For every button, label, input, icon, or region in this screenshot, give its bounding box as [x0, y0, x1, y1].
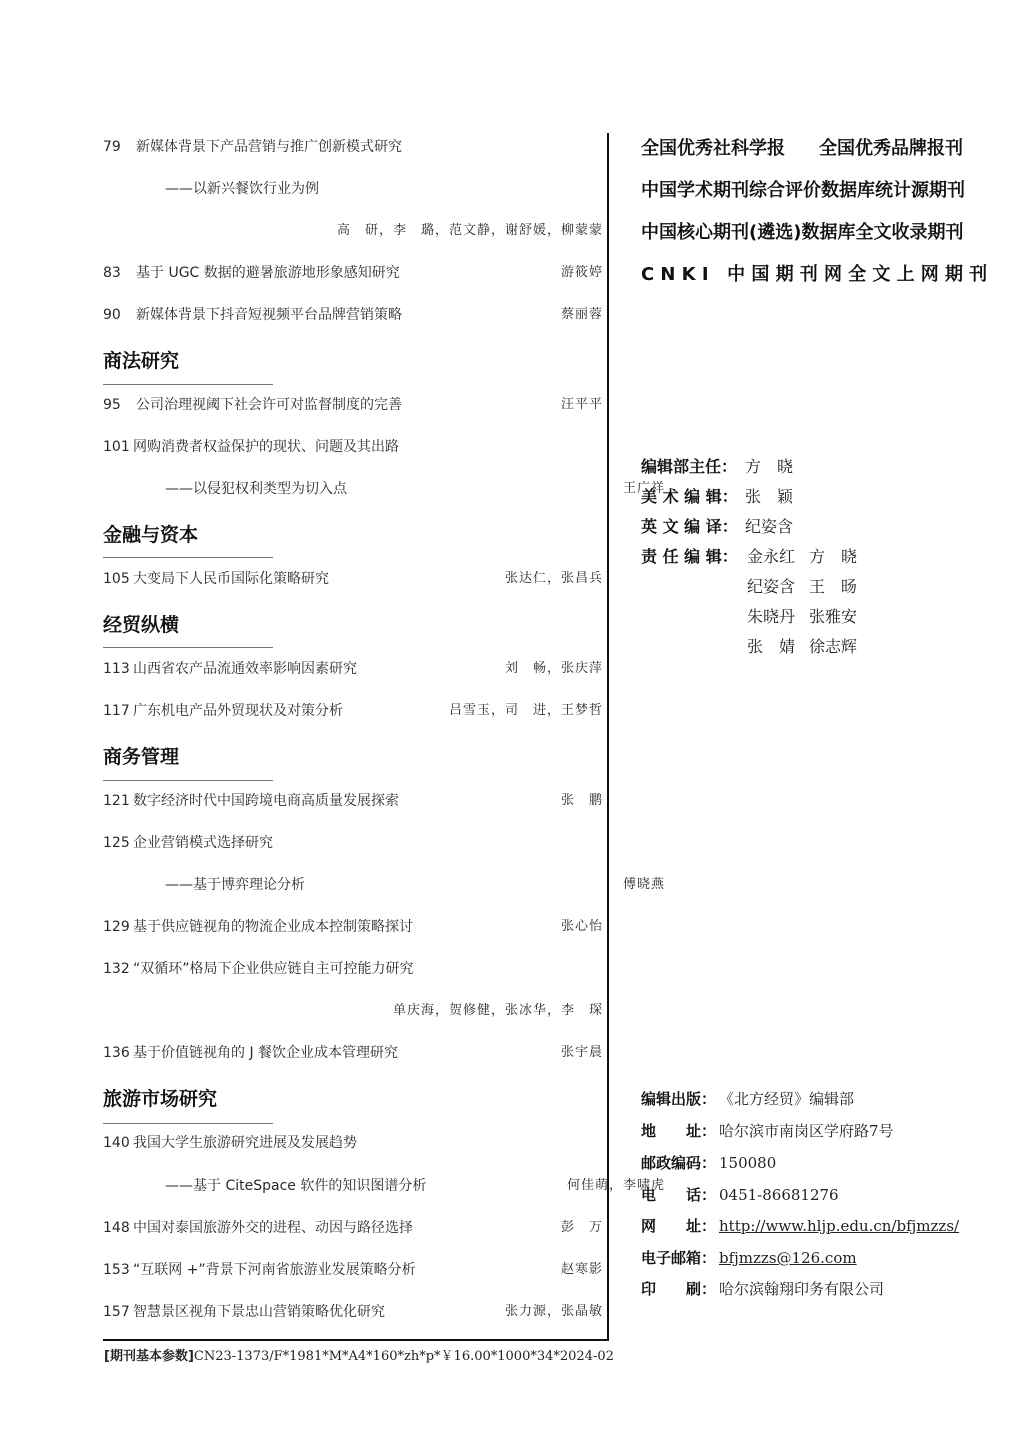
email-row: 电子邮箱：bfjmzzs@126.com: [641, 1246, 857, 1270]
editor-name: 方 晓: [809, 545, 871, 569]
toc-entry[interactable]: 79新媒体背景下产品营销与推广创新模式研究: [103, 135, 603, 159]
page-number: 153: [103, 1258, 133, 1282]
section-divider: [103, 647, 273, 648]
article-title: 我国大学生旅游研究进展及发展趋势: [133, 1131, 357, 1155]
section-heading-trade: 经贸纵横: [103, 612, 179, 638]
printer-value: 哈尔滨翰翔印务有限公司: [719, 1277, 884, 1301]
address-value: 哈尔滨市南岗区学府路7号: [719, 1119, 894, 1143]
toc-entry[interactable]: 95公司治理视阈下社会许可对监督制度的完善 汪平平: [103, 393, 603, 417]
toc-entry[interactable]: 105大变局下人民币国际化策略研究 张达仁，张昌兵: [103, 567, 603, 591]
toc-entry-authors: 单庆海，贺修健，张冰华，李 琛: [103, 999, 603, 1023]
website-row: 网 址：http://www.hljp.edu.cn/bfjmzzs/: [641, 1214, 959, 1238]
article-title: 数字经济时代中国跨境电商高质量发展探索: [133, 789, 399, 813]
staff-value: 纪姿含: [745, 515, 793, 539]
toc-entry[interactable]: 125企业营销模式选择研究: [103, 831, 603, 855]
toc-entry[interactable]: 90新媒体背景下抖音短视频平台品牌营销策略 蔡丽蓉: [103, 303, 603, 327]
toc-entry[interactable]: 83基于 UGC 数据的避暑旅游地形象感知研究 游筱婷: [103, 261, 603, 285]
article-title: 中国对泰国旅游外交的进程、动因与路径选择: [133, 1216, 413, 1240]
article-title: 基于供应链视角的物流企业成本控制策略探讨: [133, 915, 413, 939]
printer-label: 印 刷：: [641, 1277, 719, 1301]
article-authors: 刘 畅，张庆萍: [505, 657, 603, 681]
article-authors: 张宇晨: [561, 1041, 603, 1065]
column-divider: [607, 133, 609, 1341]
article-authors: 蔡丽蓉: [561, 303, 603, 327]
section-divider: [103, 780, 273, 781]
toc-entry[interactable]: 117广东机电产品外贸现状及对策分析 吕雪玉，司 进，王梦哲: [103, 699, 603, 723]
journal-parameters: [期刊基本参数]CN23-1373/F*1981*M*A4*160*zh*p*￥…: [104, 1347, 614, 1367]
page-number: 105: [103, 567, 133, 591]
editor-name: 张 婧: [747, 635, 809, 659]
section-heading-tourism-market: 旅游市场研究: [103, 1086, 217, 1112]
page-number: 117: [103, 699, 133, 723]
article-title: 山西省农产品流通效率影响因素研究: [133, 657, 357, 681]
postcode-row: 邮政编码：150080: [641, 1151, 776, 1175]
page-number: 83: [103, 261, 136, 285]
toc-entry[interactable]: 140我国大学生旅游研究进展及发展趋势: [103, 1131, 603, 1155]
article-title: “互联网 +”背景下河南省旅游业发展策略分析: [133, 1258, 416, 1282]
page-number: 148: [103, 1216, 133, 1240]
article-title: 广东机电产品外贸现状及对策分析: [133, 699, 343, 723]
email-link[interactable]: bfjmzzs@126.com: [719, 1246, 857, 1270]
staff-editors: 责 任 编 辑：: [641, 545, 745, 569]
section-heading-business-management: 商务管理: [103, 744, 179, 770]
phone-value: 0451-86681276: [719, 1183, 839, 1207]
article-authors: 单庆海，贺修健，张冰华，李 琛: [393, 999, 603, 1023]
editor-name: 金永红: [747, 545, 809, 569]
article-authors: 赵寒影: [561, 1258, 603, 1282]
section-heading-commercial-law: 商法研究: [103, 348, 179, 374]
staff-value: 张 颖: [745, 485, 793, 509]
section-heading-finance-capital: 金融与资本: [103, 522, 198, 548]
honor-right: 全国优秀品牌报刊: [819, 138, 963, 159]
honor-line: 中国核心期刊(遴选)数据库全文收录期刊: [641, 220, 963, 246]
article-subtitle: ——以侵犯权利类型为切入点: [165, 477, 347, 501]
page-number: 125: [103, 831, 133, 855]
page-number: 101: [103, 435, 133, 459]
article-authors: 汪平平: [561, 393, 603, 417]
staff-label: 责 任 编 辑：: [641, 545, 745, 569]
staff-value: 方 晓: [745, 455, 793, 479]
page-number: 121: [103, 789, 133, 813]
page-number: 140: [103, 1131, 133, 1155]
address-row: 地 址：哈尔滨市南岗区学府路7号: [641, 1119, 894, 1143]
email-label: 电子邮箱：: [641, 1246, 719, 1270]
page-number: 79: [103, 135, 136, 159]
publisher-row: 编辑出版：《北方经贸》编辑部: [641, 1087, 854, 1111]
article-authors: 吕雪玉，司 进，王梦哲: [449, 699, 603, 723]
journal-parameters-value: CN23-1373/F*1981*M*A4*160*zh*p*￥16.00*10…: [194, 1349, 614, 1364]
postcode-label: 邮政编码：: [641, 1151, 719, 1175]
editor-name: 纪姿含: [747, 575, 809, 599]
article-title: “双循环”格局下企业供应链自主可控能力研究: [133, 957, 414, 981]
postcode-value: 150080: [719, 1151, 776, 1175]
staff-label: 美 术 编 辑：: [641, 485, 745, 509]
phone-label: 电 话：: [641, 1183, 719, 1207]
article-authors: 张心怡: [561, 915, 603, 939]
section-divider: [103, 384, 273, 385]
page-number: 132: [103, 957, 133, 981]
publisher-value: 《北方经贸》编辑部: [719, 1087, 854, 1111]
page-number: 129: [103, 915, 133, 939]
page-number: 113: [103, 657, 133, 681]
staff-translator: 英 文 编 译：纪姿含: [641, 515, 793, 539]
section-divider: [103, 1123, 273, 1124]
address-label: 地 址：: [641, 1119, 719, 1143]
article-title: 新媒体背景下产品营销与推广创新模式研究: [136, 135, 402, 159]
page-number: 95: [103, 393, 136, 417]
article-authors: 高 研，李 璐，范文静，谢舒媛，柳蒙蒙: [337, 219, 603, 243]
editor-names-row: 朱晓丹张雅安: [747, 605, 871, 629]
honor-left: 全国优秀社科学报: [641, 138, 785, 159]
staff-director: 编辑部主任：方 晓: [641, 455, 793, 479]
article-title: 企业营销模式选择研究: [133, 831, 273, 855]
article-subtitle: ——以新兴餐饮行业为例: [165, 177, 319, 201]
toc-entry[interactable]: 136基于价值链视角的 J 餐饮企业成本管理研究 张宇晨: [103, 1041, 603, 1065]
editor-name: 张雅安: [809, 605, 871, 629]
editor-names-row: 张 婧徐志辉: [747, 635, 871, 659]
toc-entry[interactable]: 121数字经济时代中国跨境电商高质量发展探索 张 鹏: [103, 789, 603, 813]
editor-name: 王 旸: [809, 575, 871, 599]
article-title: 公司治理视阈下社会许可对监督制度的完善: [136, 393, 402, 417]
staff-label: 编辑部主任：: [641, 455, 745, 479]
editor-name: 徐志辉: [809, 635, 871, 659]
publisher-label: 编辑出版：: [641, 1087, 719, 1111]
toc-entry-subtitle: ——基于博弈理论分析 傅晓燕: [103, 873, 665, 897]
website-label: 网 址：: [641, 1214, 719, 1238]
phone-row: 电 话：0451-86681276: [641, 1183, 839, 1207]
article-authors: 张 鹏: [561, 789, 603, 813]
toc-entry-authors: 高 研，李 璐，范文静，谢舒媛，柳蒙蒙: [103, 219, 603, 243]
article-subtitle: ——基于 CiteSpace 软件的知识图谱分析: [165, 1174, 426, 1198]
toc-entry[interactable]: 101网购消费者权益保护的现状、问题及其出路: [103, 435, 603, 459]
page-number: 136: [103, 1041, 133, 1065]
honor-line: 全国优秀社科学报全国优秀品牌报刊: [641, 136, 963, 162]
honor-line: CNKI 中国期刊网全文上网期刊: [641, 262, 993, 288]
printer-row: 印 刷：哈尔滨翰翔印务有限公司: [641, 1277, 884, 1301]
footer-rule: [103, 1339, 609, 1341]
article-title: 网购消费者权益保护的现状、问题及其出路: [133, 435, 399, 459]
page-number: 157: [103, 1300, 133, 1324]
article-title: 基于 UGC 数据的避暑旅游地形象感知研究: [136, 261, 400, 285]
article-title: 智慧景区视角下景忠山营销策略优化研究: [133, 1300, 385, 1324]
page-number: 90: [103, 303, 136, 327]
article-subtitle: ——基于博弈理论分析: [165, 873, 305, 897]
article-title: 基于价值链视角的 J 餐饮企业成本管理研究: [133, 1041, 398, 1065]
staff-label: 英 文 编 译：: [641, 515, 745, 539]
toc-entry[interactable]: 157智慧景区视角下景忠山营销策略优化研究 张力源，张晶敏: [103, 1300, 603, 1324]
toc-entry[interactable]: 148中国对泰国旅游外交的进程、动因与路径选择 彭 万: [103, 1216, 603, 1240]
toc-entry-subtitle: ——以新兴餐饮行业为例: [103, 177, 665, 201]
article-authors: 游筱婷: [561, 261, 603, 285]
article-title: 大变局下人民币国际化策略研究: [133, 567, 329, 591]
editor-names-row: 金永红方 晓: [747, 545, 871, 569]
honor-line: 中国学术期刊综合评价数据库统计源期刊: [641, 178, 965, 204]
journal-parameters-label: [期刊基本参数]: [104, 1349, 194, 1364]
toc-entry[interactable]: 113山西省农产品流通效率影响因素研究 刘 畅，张庆萍: [103, 657, 603, 681]
article-authors: 傅晓燕: [623, 873, 665, 897]
article-authors: 张力源，张晶敏: [505, 1300, 603, 1324]
section-divider: [103, 557, 273, 558]
toc-entry-subtitle: ——基于 CiteSpace 软件的知识图谱分析 何佳萌，李啸虎: [103, 1174, 665, 1198]
article-authors: 彭 万: [561, 1216, 603, 1240]
toc-entry[interactable]: 129基于供应链视角的物流企业成本控制策略探讨 张心怡: [103, 915, 603, 939]
article-authors: 张达仁，张昌兵: [505, 567, 603, 591]
toc-entry[interactable]: 132“双循环”格局下企业供应链自主可控能力研究: [103, 957, 603, 981]
staff-art-editor: 美 术 编 辑：张 颖: [641, 485, 793, 509]
toc-entry-subtitle: ——以侵犯权利类型为切入点 王广祥: [103, 477, 665, 501]
editor-names-row: 纪姿含王 旸: [747, 575, 871, 599]
article-title: 新媒体背景下抖音短视频平台品牌营销策略: [136, 303, 402, 327]
toc-entry[interactable]: 153“互联网 +”背景下河南省旅游业发展策略分析 赵寒影: [103, 1258, 603, 1282]
editor-name: 朱晓丹: [747, 605, 809, 629]
website-link[interactable]: http://www.hljp.edu.cn/bfjmzzs/: [719, 1214, 959, 1238]
